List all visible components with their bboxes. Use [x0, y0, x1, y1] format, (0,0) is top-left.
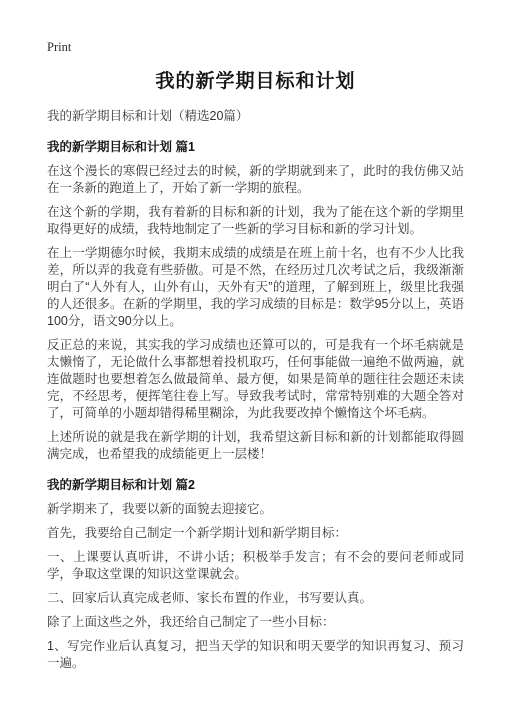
paragraph: 1、写完作业后认真复习，把当天学的知识和明天要学的知识再复习、预习一遍。	[47, 638, 464, 672]
paragraph: 反正总的来说，其实我的学习成绩也还算可以的，可是我有一个坏毛病就是太懒惰了，无论…	[47, 337, 464, 422]
paragraph: 除了上面这些之外，我还给自己制定了一些小目标：	[47, 614, 464, 631]
page-title: 我的新学期目标和计划	[47, 70, 464, 93]
paragraph: 一、上课要认真听讲，不讲小话；积极举手发言；有不会的要问老师或同学，争取这堂课的…	[47, 549, 464, 583]
print-preview-page: Print 我的新学期目标和计划 我的新学期目标和计划（精选20篇） 我的新学期…	[0, 0, 520, 718]
paragraph: 上述所说的就是我在新学期的计划，我希望这新目标和新的计划都能取得圆满完成，也希望…	[47, 429, 464, 463]
paragraph: 在这个新的学期，我有着新的目标和新的计划，我为了能在这个新的学期里取得更好的成绩…	[47, 204, 464, 238]
paragraph: 在上一学期德尔时候，我期末成绩的成绩是在班上前十名，也有不少人比我差，所以弄的我…	[47, 245, 464, 330]
paragraph: 首先，我要给自己制定一个新学期计划和新学期目标：	[47, 525, 464, 542]
paragraph: 新学期来了，我要以新的面貌去迎接它。	[47, 501, 464, 518]
paragraph: 在这个漫长的寒假已经过去的时候，新的学期就到来了，此时的我仿佛又站在一条新的跑道…	[47, 163, 464, 197]
section-heading-1: 我的新学期目标和计划 篇1	[47, 139, 464, 156]
section-heading-2: 我的新学期目标和计划 篇2	[47, 477, 464, 494]
doc-subtitle: 我的新学期目标和计划（精选20篇）	[47, 108, 464, 125]
paragraph: 二、回家后认真完成老师、家长布置的作业，书写要认真。	[47, 590, 464, 607]
print-button[interactable]: Print	[47, 40, 71, 55]
